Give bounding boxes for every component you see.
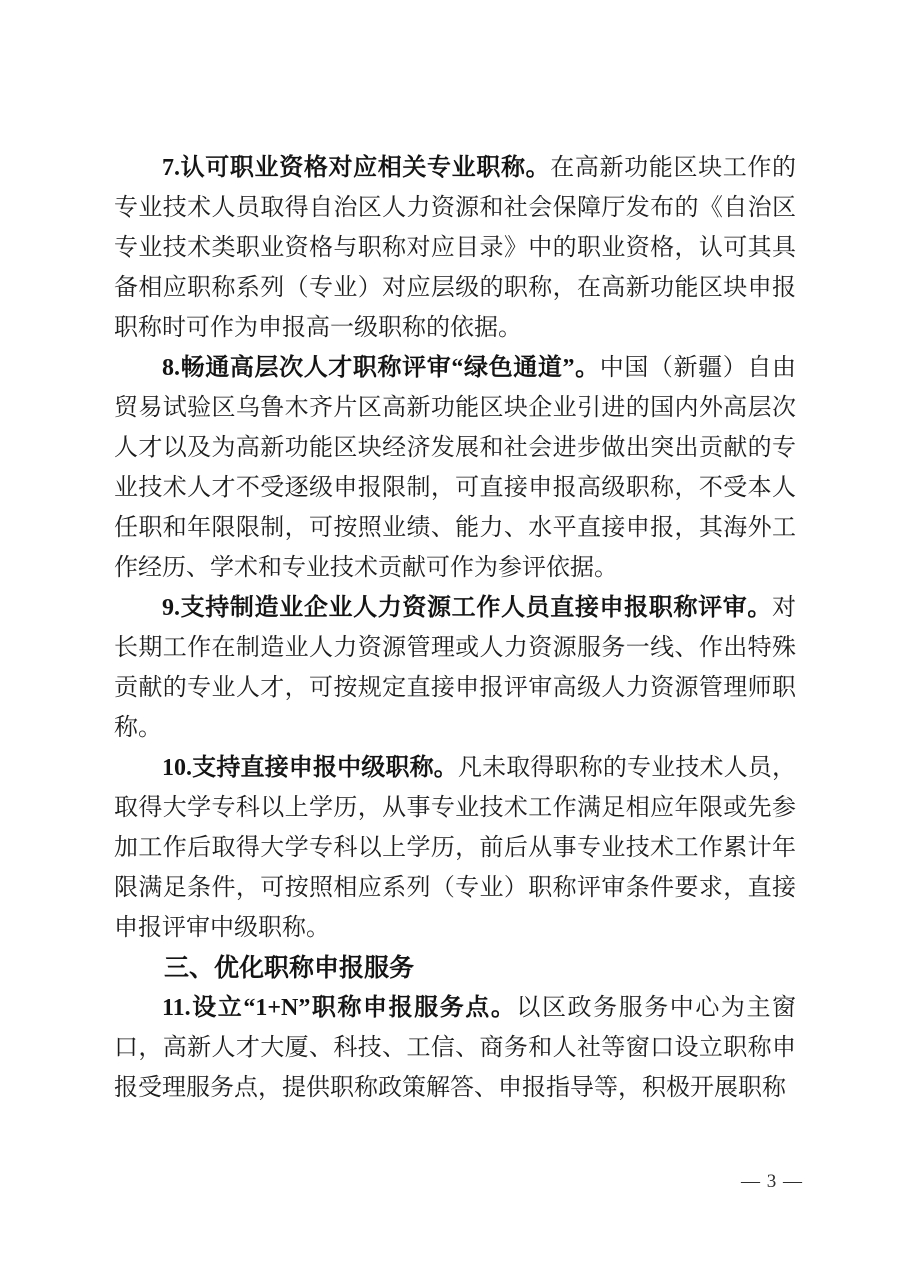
paragraph-9: 9.支持制造业企业人力资源工作人员直接申报职称评审。对长期工作在制造业人力资源管… (114, 588, 796, 748)
paragraph-10: 10.支持直接申报中级职称。凡未取得职称的专业技术人员，取得大学专科以上学历，从… (114, 748, 796, 948)
paragraph-7-text: 在高新功能区块工作的专业技术人员取得自治区人力资源和社会保障厅发布的《自治区专业… (114, 155, 796, 341)
document-body: 7.认可职业资格对应相关专业职称。在高新功能区块工作的专业技术人员取得自治区人力… (114, 148, 796, 1108)
paragraph-7-lead: 7.认可职业资格对应相关专业职称。 (162, 155, 550, 181)
paragraph-9-lead: 9.支持制造业企业人力资源工作人员直接申报职称评审。 (162, 595, 772, 621)
paragraph-8-lead: 8.畅通高层次人才职称评审“绿色通道”。 (162, 355, 600, 381)
paragraph-8: 8.畅通高层次人才职称评审“绿色通道”。中国（新疆）自由贸易试验区乌鲁木齐片区高… (114, 348, 796, 588)
paragraph-10-lead: 10.支持直接申报中级职称。 (162, 755, 458, 781)
paragraph-10-text: 凡未取得职称的专业技术人员，取得大学专科以上学历，从事专业技术工作满足相应年限或… (114, 755, 796, 941)
section-heading: 三、优化职称申报服务 (114, 948, 796, 988)
paragraph-11: 11.设立“1+N”职称申报服务点。以区政务服务中心为主窗口，高新人才大厦、科技… (114, 988, 796, 1108)
paragraph-8-text: 中国（新疆）自由贸易试验区乌鲁木齐片区高新功能区块企业引进的国内外高层次人才以及… (114, 355, 796, 581)
document-page: 7.认可职业资格对应相关专业职称。在高新功能区块工作的专业技术人员取得自治区人力… (0, 0, 909, 1285)
paragraph-11-lead: 11.设立“1+N”职称申报服务点。 (162, 995, 516, 1021)
paragraph-7: 7.认可职业资格对应相关专业职称。在高新功能区块工作的专业技术人员取得自治区人力… (114, 148, 796, 348)
page-number: — 3 — (741, 1170, 803, 1194)
